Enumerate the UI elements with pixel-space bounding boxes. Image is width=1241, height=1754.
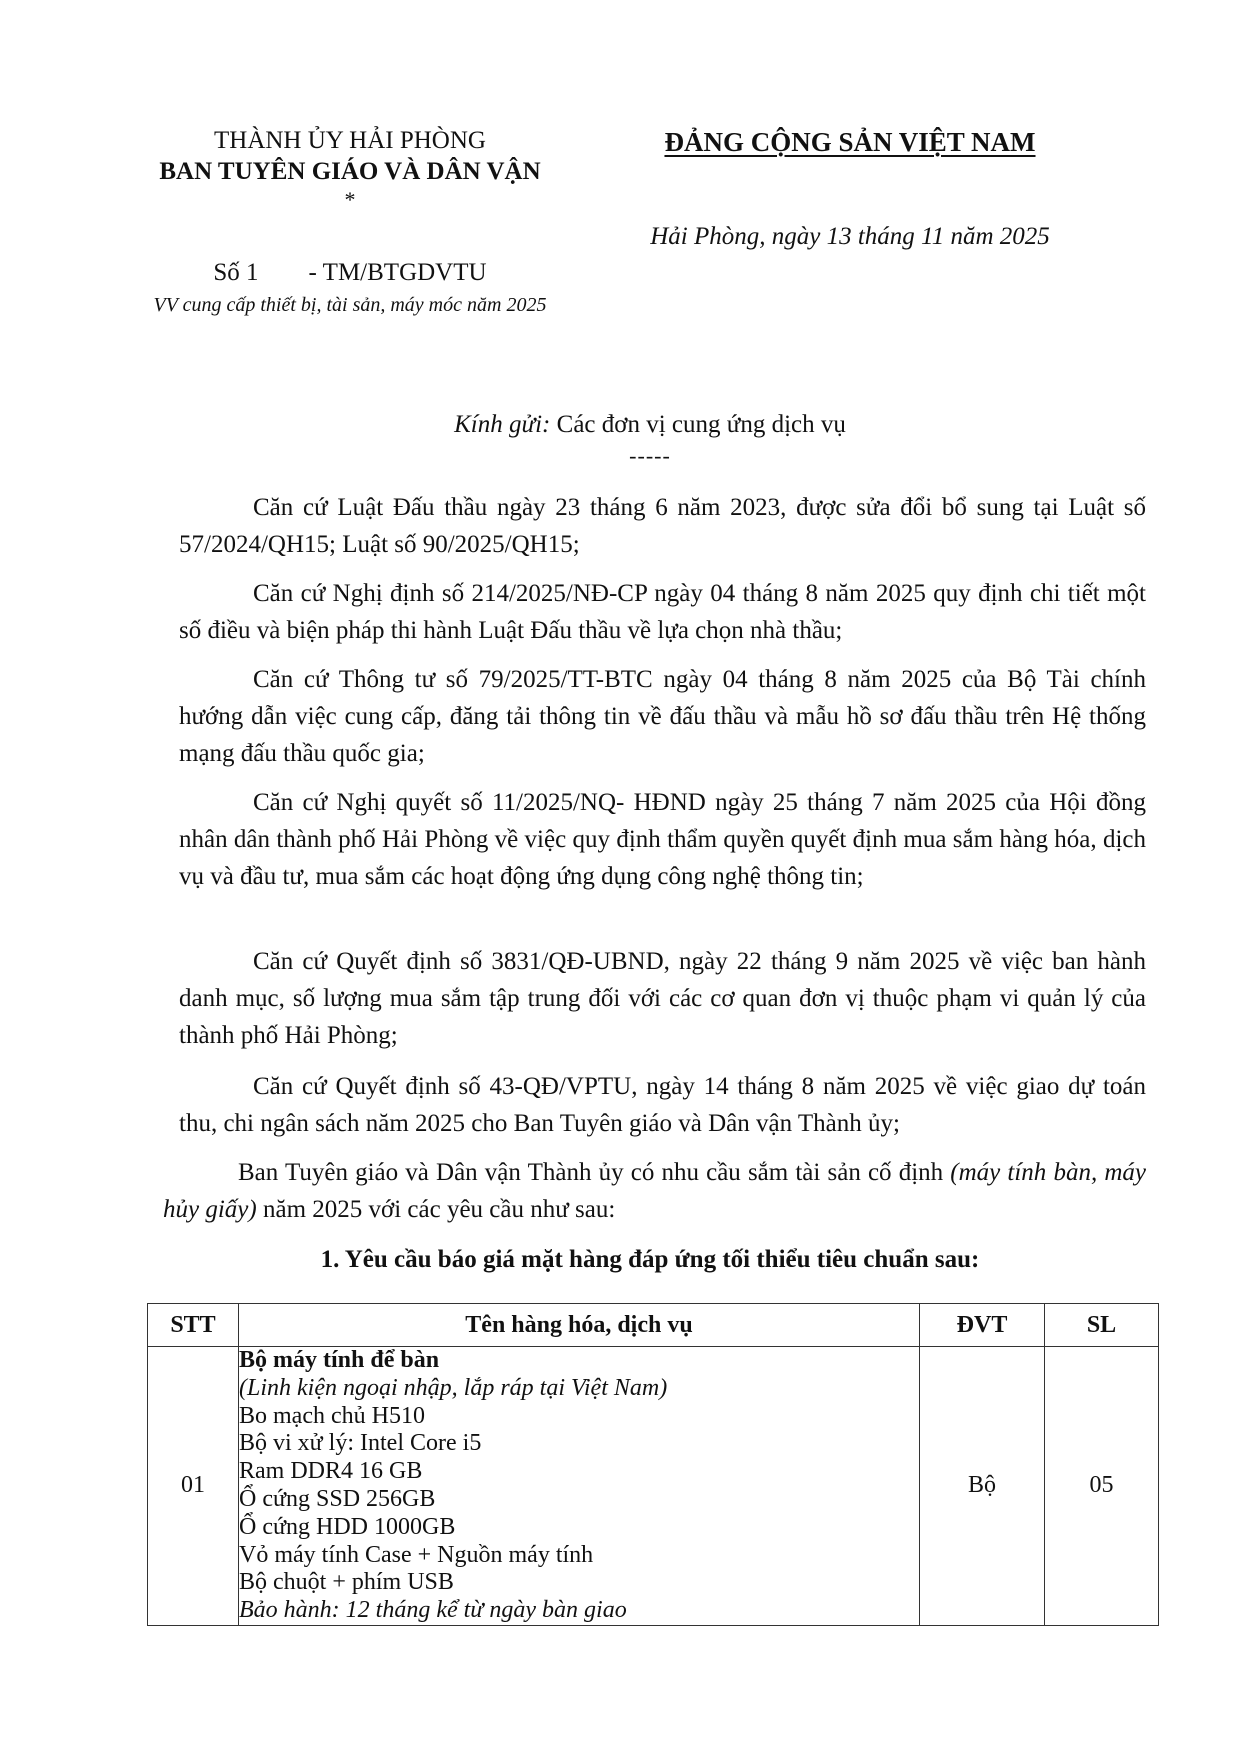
item-spec: Ram DDR4 16 GB [239,1458,919,1486]
item-spec: Bo mạch chủ H510 [239,1403,919,1431]
item-spec: Vỏ máy tính Case + Nguồn máy tính [239,1542,919,1570]
item-spec: Bộ vi xử lý: Intel Core i5 [239,1430,919,1458]
request-text-end: năm 2025 với các yêu cầu như sau: [257,1196,616,1223]
legal-basis-paragraph: Căn cứ Thông tư số 79/2025/TT-BTC ngày 0… [179,661,1146,772]
document-number: Số 1 - TM/BTGDVTU [100,258,600,288]
separator: ----- [150,443,1150,469]
column-header-stt: STT [148,1304,239,1347]
item-description: Bộ máy tính để bàn (Linh kiện ngoại nhập… [239,1347,920,1626]
legal-basis-paragraph: Căn cứ Nghị định số 214/2025/NĐ-CP ngày … [179,575,1146,649]
table-row: 01 Bộ máy tính để bàn (Linh kiện ngoại n… [148,1347,1159,1626]
legal-basis-paragraph: Căn cứ Nghị quyết số 11/2025/NQ- HĐND ng… [179,784,1146,895]
column-header-qty: SL [1045,1304,1159,1347]
organization-name: BAN TUYÊN GIÁO VÀ DÂN VẬN [100,157,600,187]
item-unit: Bộ [920,1347,1045,1626]
item-spec: Ổ cứng SSD 256GB [239,1486,919,1514]
column-header-name: Tên hàng hóa, dịch vụ [239,1304,920,1347]
organization-mark: * [100,188,600,212]
item-name: Bộ máy tính để bàn [239,1347,919,1375]
document-subject: VV cung cấp thiết bị, tài sản, máy móc n… [100,292,600,318]
item-spec: Ổ cứng HDD 1000GB [239,1514,919,1542]
item-origin: (Linh kiện ngoại nhập, lắp ráp tại Việt … [239,1375,919,1403]
item-spec: Bộ chuột + phím USB [239,1569,919,1597]
recipient-value: Các đơn vị cung ứng dịch vụ [550,411,845,438]
recipient-line: Kính gửi: Các đơn vị cung ứng dịch vụ [150,410,1150,440]
party-heading: ĐẢNG CỘNG SẢN VIỆT NAM [610,126,1090,158]
requirements-table: STT Tên hàng hóa, dịch vụ ĐVT SL 01 Bộ m… [147,1303,1159,1626]
item-warranty: Bảo hành: 12 tháng kể từ ngày bàn giao [239,1597,919,1625]
row-number: 01 [148,1347,239,1626]
table-header-row: STT Tên hàng hóa, dịch vụ ĐVT SL [148,1304,1159,1347]
legal-basis-paragraph: Căn cứ Luật Đấu thầu ngày 23 tháng 6 năm… [179,489,1146,563]
legal-basis-paragraph: Căn cứ Quyết định số 3831/QĐ-UBND, ngày … [179,943,1146,1054]
recipient-label: Kính gửi: [454,411,550,438]
legal-basis-paragraph: Căn cứ Quyết định số 43-QĐ/VPTU, ngày 14… [179,1068,1146,1142]
section-title: 1. Yêu cầu báo giá mặt hàng đáp ứng tối … [150,1244,1150,1276]
place-and-date: Hải Phòng, ngày 13 tháng 11 năm 2025 [590,222,1110,252]
column-header-unit: ĐVT [920,1304,1045,1347]
item-quantity: 05 [1045,1347,1159,1626]
request-text: Ban Tuyên giáo và Dân vận Thành ủy có nh… [238,1159,950,1186]
request-paragraph: Ban Tuyên giáo và Dân vận Thành ủy có nh… [163,1154,1146,1228]
organization-parent: THÀNH ỦY HẢI PHÒNG [100,126,600,156]
